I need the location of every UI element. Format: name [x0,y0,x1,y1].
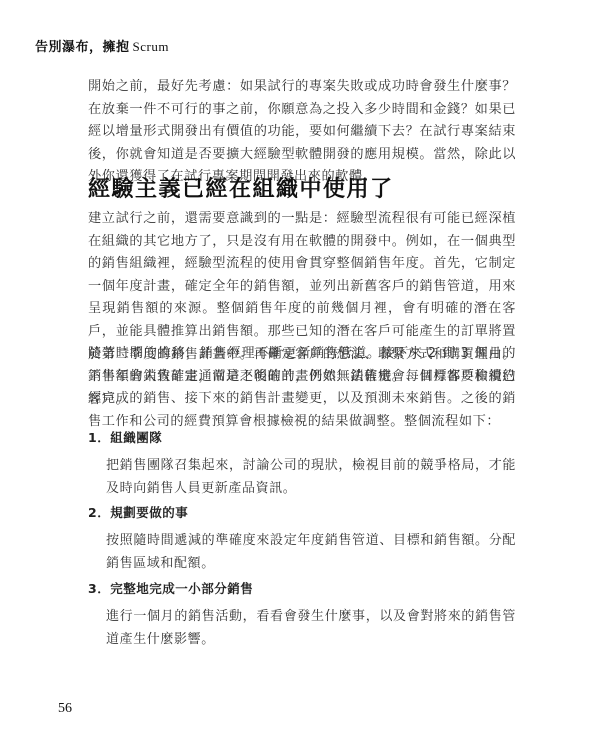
running-header-title: 告別瀑布，擁抱 [35,40,130,55]
section-heading: 經驗主義已經在組織中使用了 [88,172,394,203]
step-1-number: 1． [88,430,110,445]
step-1-body: 把銷售團隊召集起來，討論公司的現狀，檢視目前的競爭格局，才能及時向銷售人員更新產… [106,455,516,500]
step-3-heading: 3．完整地完成一小部分銷售 [88,579,253,597]
body-paragraph-2: 隨著時間的推移，銷售經理不斷更新銷售管道。接下來 2 到 3 個月的銷售額會大致… [88,343,516,433]
running-header-latin: Scrum [133,39,169,54]
step-3-title: 完整地完成一小部分銷售 [110,581,253,596]
step-3-number: 3． [88,581,110,596]
step-3-body: 進行一個月的銷售活動，看看會發生什麼事，以及會對將來的銷售管道產生什麼影響。 [106,606,516,651]
page-number: 56 [58,701,72,717]
step-2-number: 2． [88,505,110,520]
step-1-heading: 1．組織團隊 [88,428,162,446]
step-1-title: 組織團隊 [110,430,162,445]
step-2-body: 按照隨時間遞減的準確度來設定年度銷售管道、目標和銷售額。分配銷售區域和配額。 [106,530,516,575]
step-2-heading: 2．規劃要做的事 [88,503,188,521]
running-header: 告別瀑布，擁抱Scrum [35,36,169,55]
step-2-title: 規劃要做的事 [110,505,188,520]
